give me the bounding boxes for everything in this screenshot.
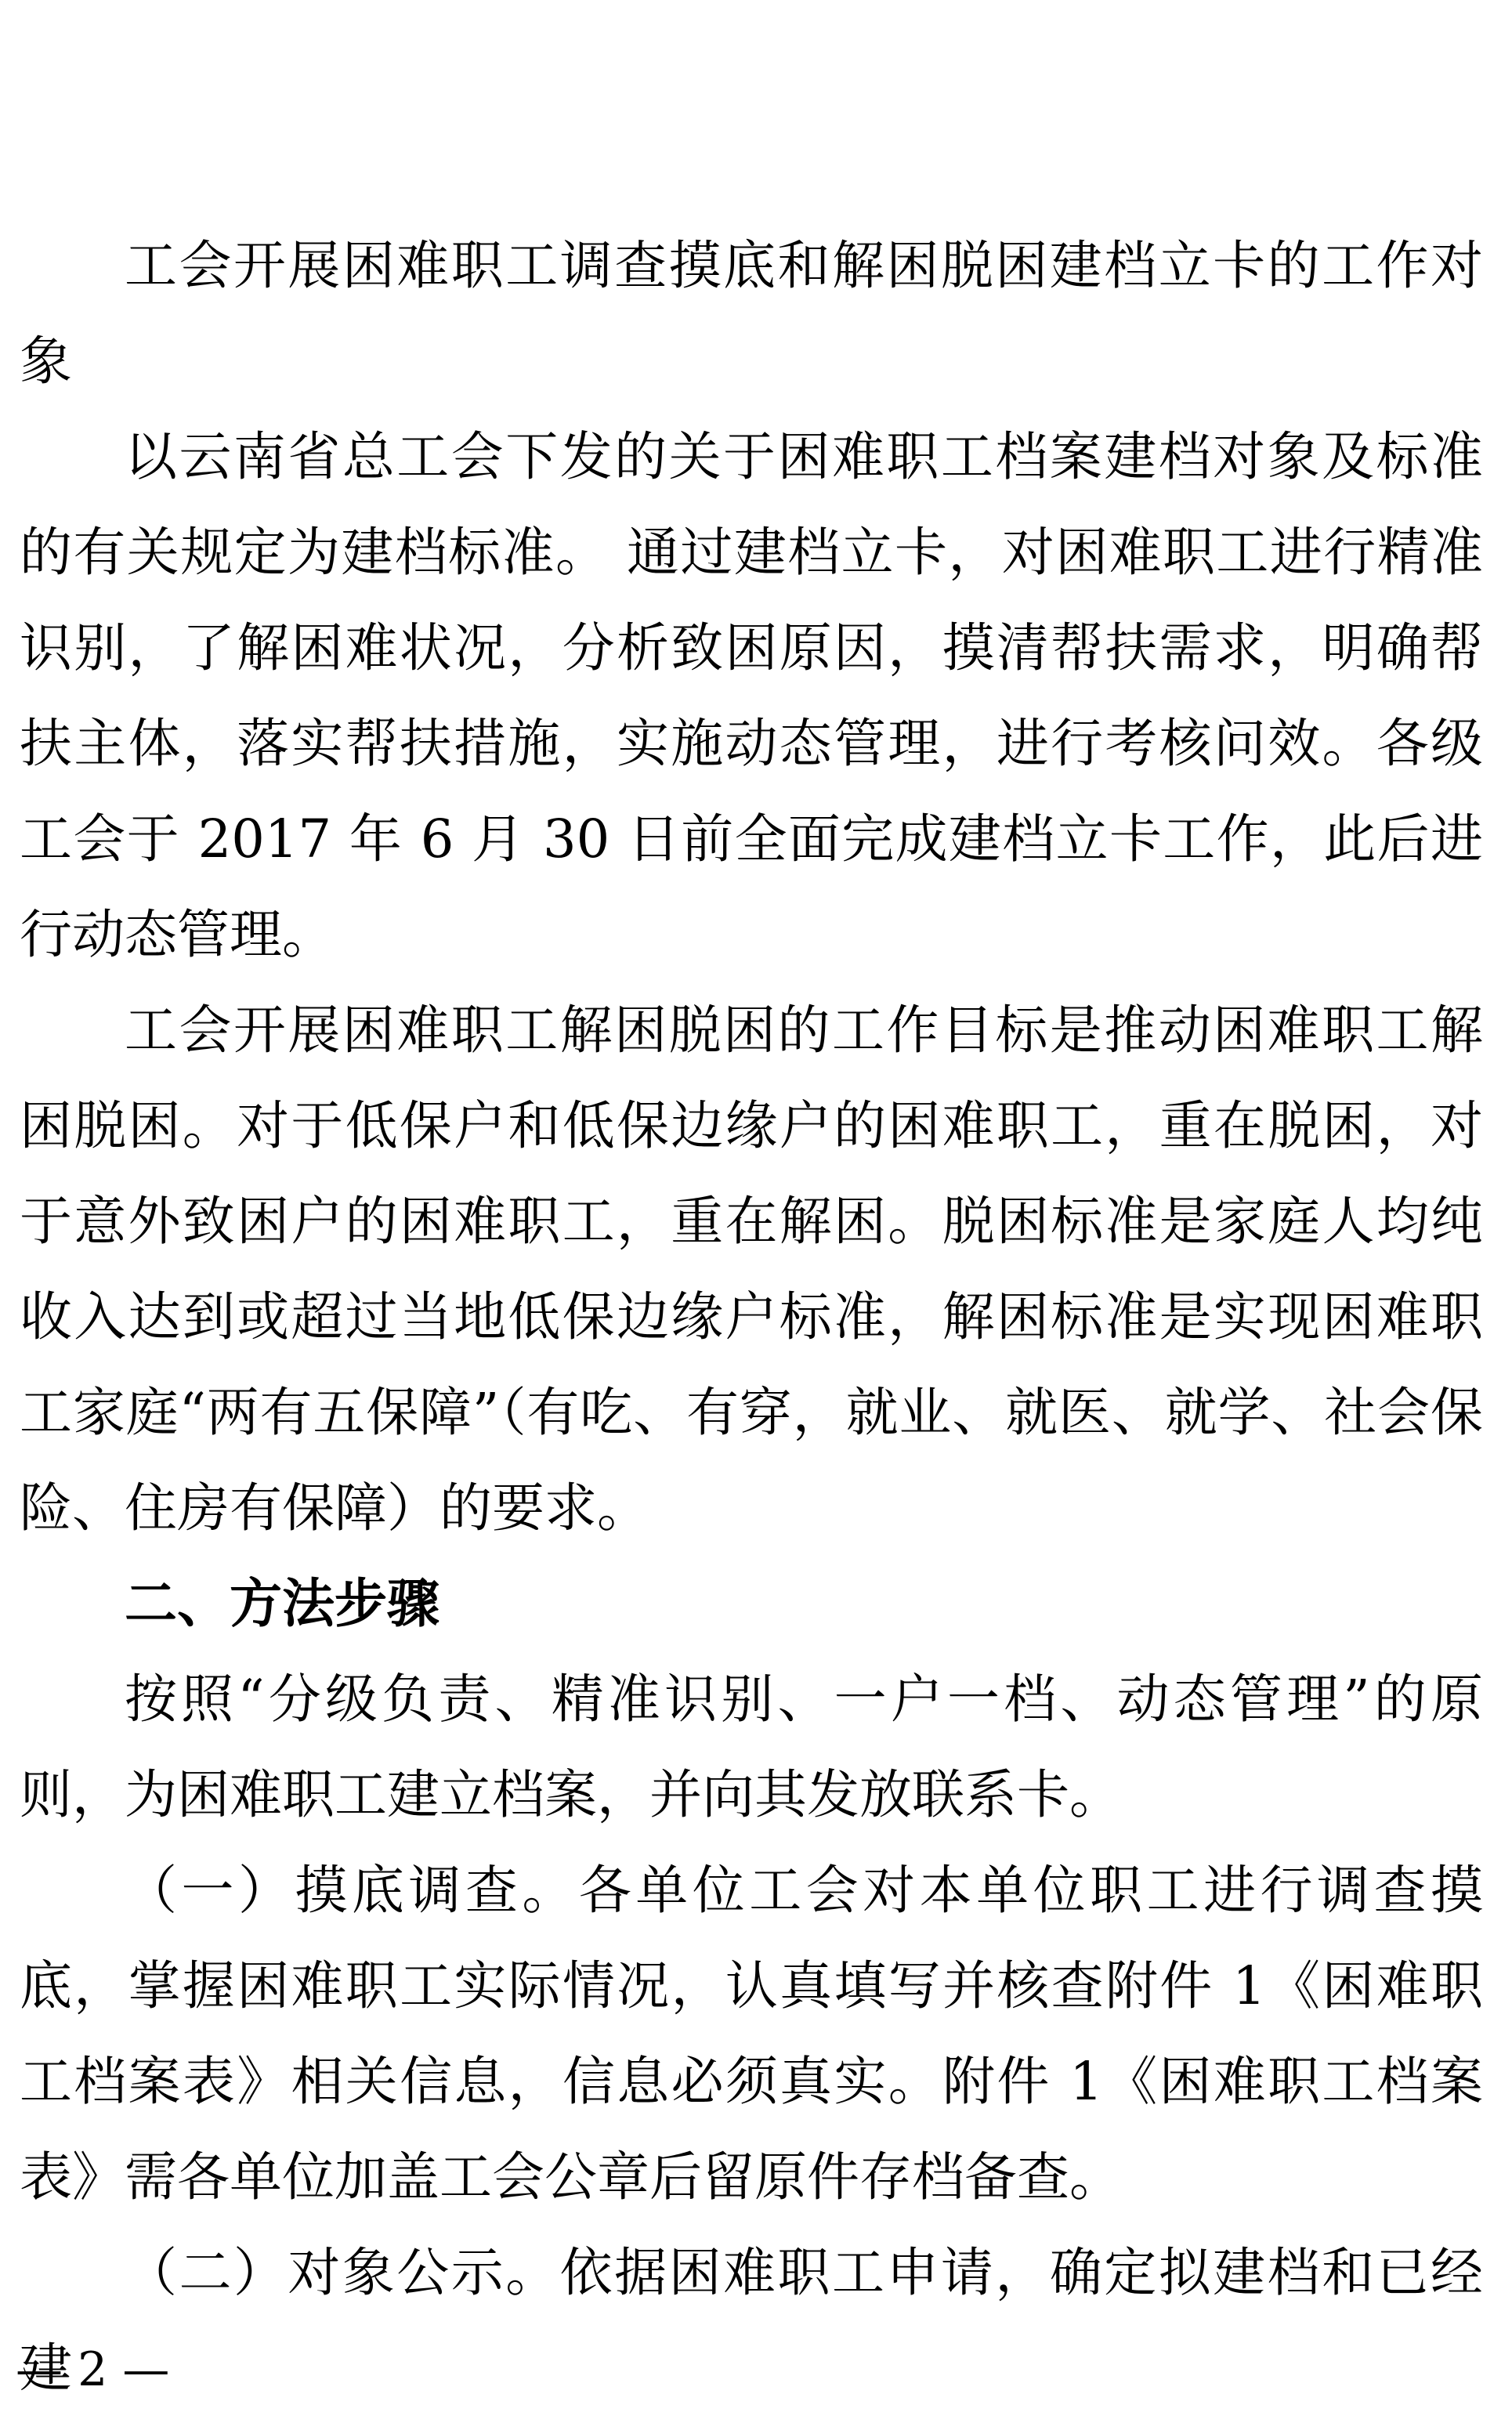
document-body: 工会开展困难职工调查摸底和解困脱困建档立卡的工作对象 以云南省总工会下发的关于困… (20, 218, 1483, 2412)
section-heading-methods: 二、方法步骤 (20, 1556, 1483, 1651)
paragraph-filing-standard: 以云南省总工会下发的关于困难职工档案建档对象及标准的有关规定为建档标准。 通过建… (20, 409, 1483, 982)
page-number: — 2 — (16, 2342, 169, 2397)
paragraph-survey: （一）摸底调查。各单位工会对本单位职工进行调查摸底，掌握困难职工实际情况，认真填… (20, 1842, 1483, 2225)
paragraph-principles: 按照“分级负责、精准识别、一户一档、动态管理”的原则，为困难职工建立档案，并向其… (20, 1651, 1483, 1842)
paragraph-relief-goal: 工会开展困难职工解困脱困的工作目标是推动困难职工解困脱困。对于低保户和低保边缘户… (20, 982, 1483, 1556)
paragraph-work-target: 工会开展困难职工调查摸底和解困脱困建档立卡的工作对象 (20, 218, 1483, 409)
paragraph-publicity: （二）对象公示。依据困难职工申请，确定拟建档和已经建 (20, 2225, 1483, 2412)
document-page: 工会开展困难职工调查摸底和解困脱困建档立卡的工作对象 以云南省总工会下发的关于困… (0, 0, 1512, 2412)
